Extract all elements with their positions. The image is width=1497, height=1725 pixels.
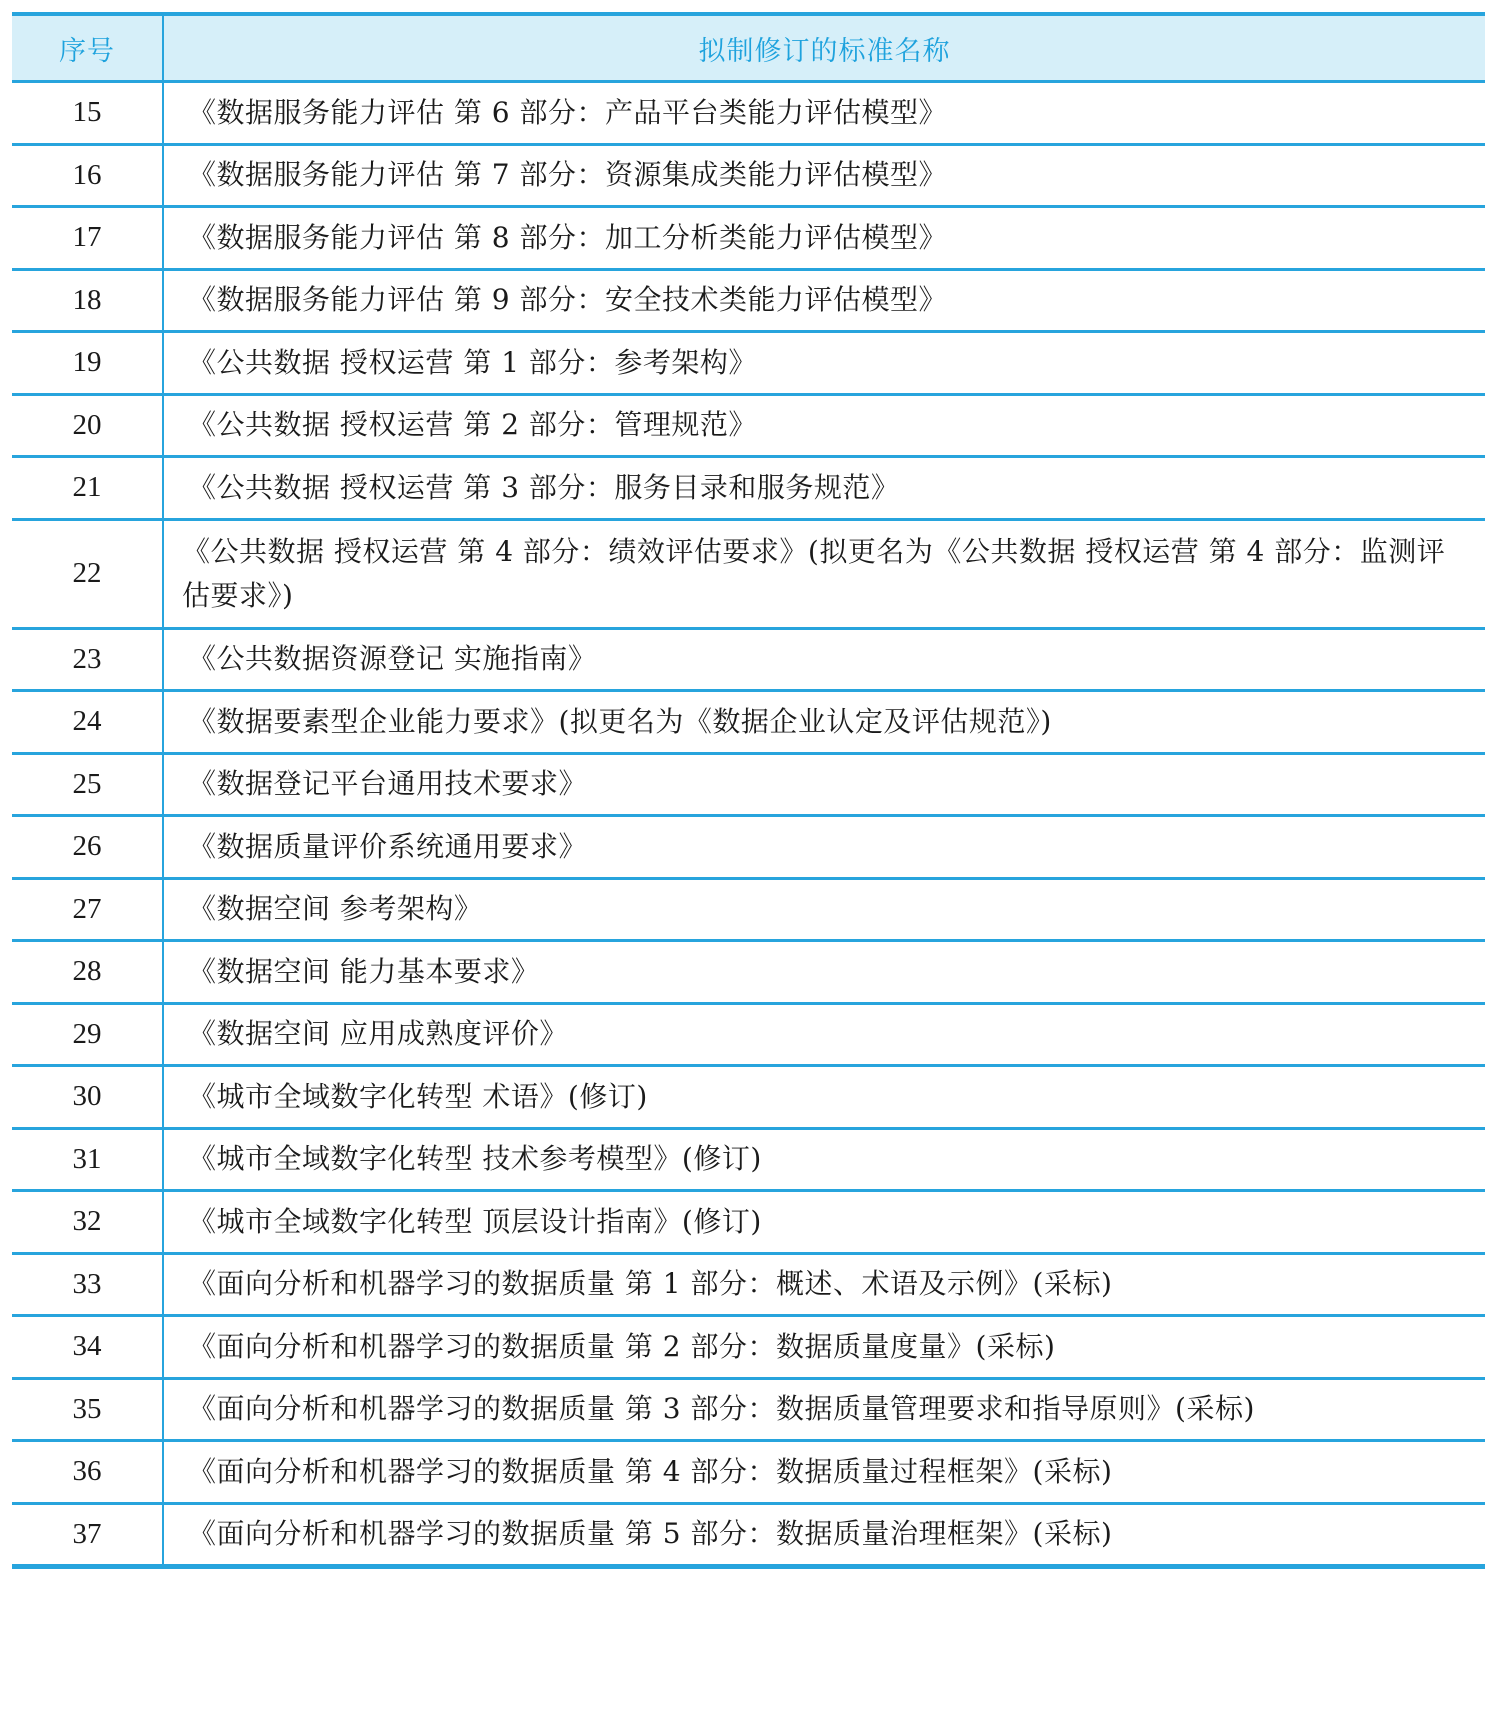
row-number: 19 [12,332,163,395]
row-number: 27 [12,878,163,941]
table-row: 33《面向分析和机器学习的数据质量 第 1 部分：概述、术语及示例》(采标) [12,1253,1485,1316]
header-standard-name: 拟制修订的标准名称 [163,14,1485,82]
row-number: 15 [12,82,163,145]
table-row: 24《数据要素型企业能力要求》(拟更名为《数据企业认定及评估规范》) [12,691,1485,754]
table-row: 25《数据登记平台通用技术要求》 [12,753,1485,816]
standard-name: 《数据服务能力评估 第 8 部分：加工分析类能力评估模型》 [163,207,1485,270]
header-number: 序号 [12,14,163,82]
row-number: 25 [12,753,163,816]
row-number: 20 [12,394,163,457]
row-number: 32 [12,1191,163,1254]
table-row: 15《数据服务能力评估 第 6 部分：产品平台类能力评估模型》 [12,82,1485,145]
table-row: 20《公共数据 授权运营 第 2 部分：管理规范》 [12,394,1485,457]
standard-name: 《数据服务能力评估 第 6 部分：产品平台类能力评估模型》 [163,82,1485,145]
standard-name: 《数据要素型企业能力要求》(拟更名为《数据企业认定及评估规范》) [163,691,1485,754]
standard-name: 《面向分析和机器学习的数据质量 第 1 部分：概述、术语及示例》(采标) [163,1253,1485,1316]
standard-name: 《公共数据 授权运营 第 1 部分：参考架构》 [163,332,1485,395]
standard-name: 《公共数据 授权运营 第 2 部分：管理规范》 [163,394,1485,457]
table-row: 36《面向分析和机器学习的数据质量 第 4 部分：数据质量过程框架》(采标) [12,1441,1485,1504]
standard-name: 《数据空间 应用成熟度评价》 [163,1003,1485,1066]
table-header-row: 序号 拟制修订的标准名称 [12,14,1485,82]
row-number: 30 [12,1066,163,1129]
table-row: 22《公共数据 授权运营 第 4 部分：绩效评估要求》(拟更名为《公共数据 授权… [12,519,1485,628]
row-number: 29 [12,1003,163,1066]
standard-name: 《城市全域数字化转型 顶层设计指南》(修订) [163,1191,1485,1254]
standard-name: 《数据服务能力评估 第 9 部分：安全技术类能力评估模型》 [163,269,1485,332]
standard-name: 《数据质量评价系统通用要求》 [163,816,1485,879]
table-row: 29《数据空间 应用成熟度评价》 [12,1003,1485,1066]
table-row: 34《面向分析和机器学习的数据质量 第 2 部分：数据质量度量》(采标) [12,1316,1485,1379]
row-number: 34 [12,1316,163,1379]
row-number: 18 [12,269,163,332]
standards-table: 序号 拟制修订的标准名称 15《数据服务能力评估 第 6 部分：产品平台类能力评… [12,12,1485,1569]
row-number: 35 [12,1378,163,1441]
table-row: 23《公共数据资源登记 实施指南》 [12,628,1485,691]
table-row: 35《面向分析和机器学习的数据质量 第 3 部分：数据质量管理要求和指导原则》(… [12,1378,1485,1441]
standard-name: 《公共数据资源登记 实施指南》 [163,628,1485,691]
standard-name: 《面向分析和机器学习的数据质量 第 4 部分：数据质量过程框架》(采标) [163,1441,1485,1504]
table-row: 17《数据服务能力评估 第 8 部分：加工分析类能力评估模型》 [12,207,1485,270]
standard-name: 《面向分析和机器学习的数据质量 第 5 部分：数据质量治理框架》(采标) [163,1503,1485,1567]
standard-name: 《数据服务能力评估 第 7 部分：资源集成类能力评估模型》 [163,144,1485,207]
row-number: 36 [12,1441,163,1504]
table-row: 31《城市全域数字化转型 技术参考模型》(修订) [12,1128,1485,1191]
table-row: 30《城市全域数字化转型 术语》(修订) [12,1066,1485,1129]
table-row: 18《数据服务能力评估 第 9 部分：安全技术类能力评估模型》 [12,269,1485,332]
standard-name: 《公共数据 授权运营 第 4 部分：绩效评估要求》(拟更名为《公共数据 授权运营… [163,519,1485,628]
standard-name: 《公共数据 授权运营 第 3 部分：服务目录和服务规范》 [163,457,1485,520]
standard-name: 《城市全域数字化转型 技术参考模型》(修订) [163,1128,1485,1191]
table-row: 26《数据质量评价系统通用要求》 [12,816,1485,879]
table-row: 32《城市全域数字化转型 顶层设计指南》(修订) [12,1191,1485,1254]
table-row: 37《面向分析和机器学习的数据质量 第 5 部分：数据质量治理框架》(采标) [12,1503,1485,1567]
row-number: 31 [12,1128,163,1191]
standards-table-container: 序号 拟制修订的标准名称 15《数据服务能力评估 第 6 部分：产品平台类能力评… [12,12,1485,1569]
standard-name: 《数据空间 能力基本要求》 [163,941,1485,1004]
row-number: 33 [12,1253,163,1316]
row-number: 22 [12,519,163,628]
standard-name: 《面向分析和机器学习的数据质量 第 2 部分：数据质量度量》(采标) [163,1316,1485,1379]
row-number: 17 [12,207,163,270]
row-number: 24 [12,691,163,754]
table-row: 27《数据空间 参考架构》 [12,878,1485,941]
row-number: 37 [12,1503,163,1567]
standard-name: 《数据空间 参考架构》 [163,878,1485,941]
row-number: 26 [12,816,163,879]
standard-name: 《数据登记平台通用技术要求》 [163,753,1485,816]
row-number: 23 [12,628,163,691]
table-row: 19《公共数据 授权运营 第 1 部分：参考架构》 [12,332,1485,395]
standard-name: 《面向分析和机器学习的数据质量 第 3 部分：数据质量管理要求和指导原则》(采标… [163,1378,1485,1441]
row-number: 21 [12,457,163,520]
row-number: 16 [12,144,163,207]
row-number: 28 [12,941,163,1004]
table-row: 16《数据服务能力评估 第 7 部分：资源集成类能力评估模型》 [12,144,1485,207]
standard-name: 《城市全域数字化转型 术语》(修订) [163,1066,1485,1129]
table-row: 28《数据空间 能力基本要求》 [12,941,1485,1004]
table-row: 21《公共数据 授权运营 第 3 部分：服务目录和服务规范》 [12,457,1485,520]
